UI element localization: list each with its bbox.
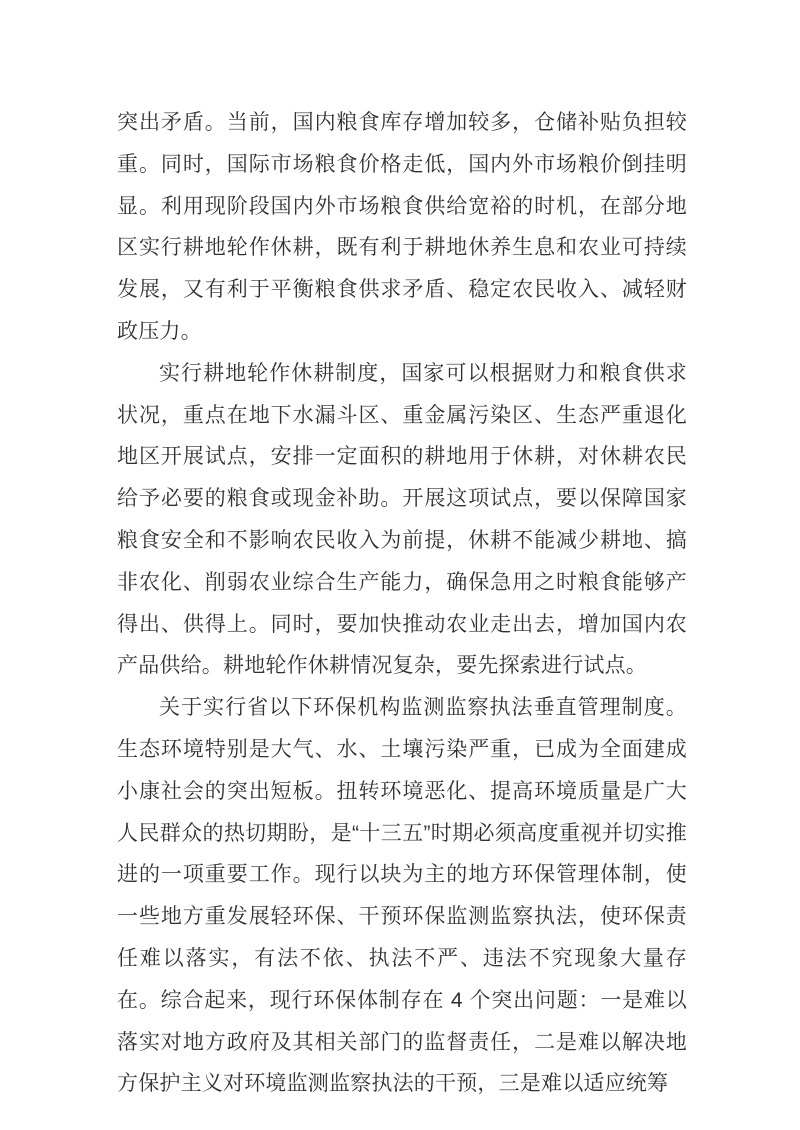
paragraph-1: 突出矛盾。当前，国内粮食库存增加较多，仓储补贴负担较重。同时，国际市场粮食价格走… bbox=[117, 102, 687, 353]
paragraph-3: 关于实行省以下环保机构监测监察执法垂直管理制度。生态环境特别是大气、水、土壤污染… bbox=[117, 687, 687, 1105]
document-body: 突出矛盾。当前，国内粮食库存增加较多，仓储补贴负担较重。同时，国际市场粮食价格走… bbox=[117, 102, 687, 1105]
paragraph-2: 实行耕地轮作休耕制度，国家可以根据财力和粮食供求状况，重点在地下水漏斗区、重金属… bbox=[117, 353, 687, 687]
document-page: 突出矛盾。当前，国内粮食库存增加较多，仓储补贴负担较重。同时，国际市场粮食价格走… bbox=[0, 0, 800, 1130]
